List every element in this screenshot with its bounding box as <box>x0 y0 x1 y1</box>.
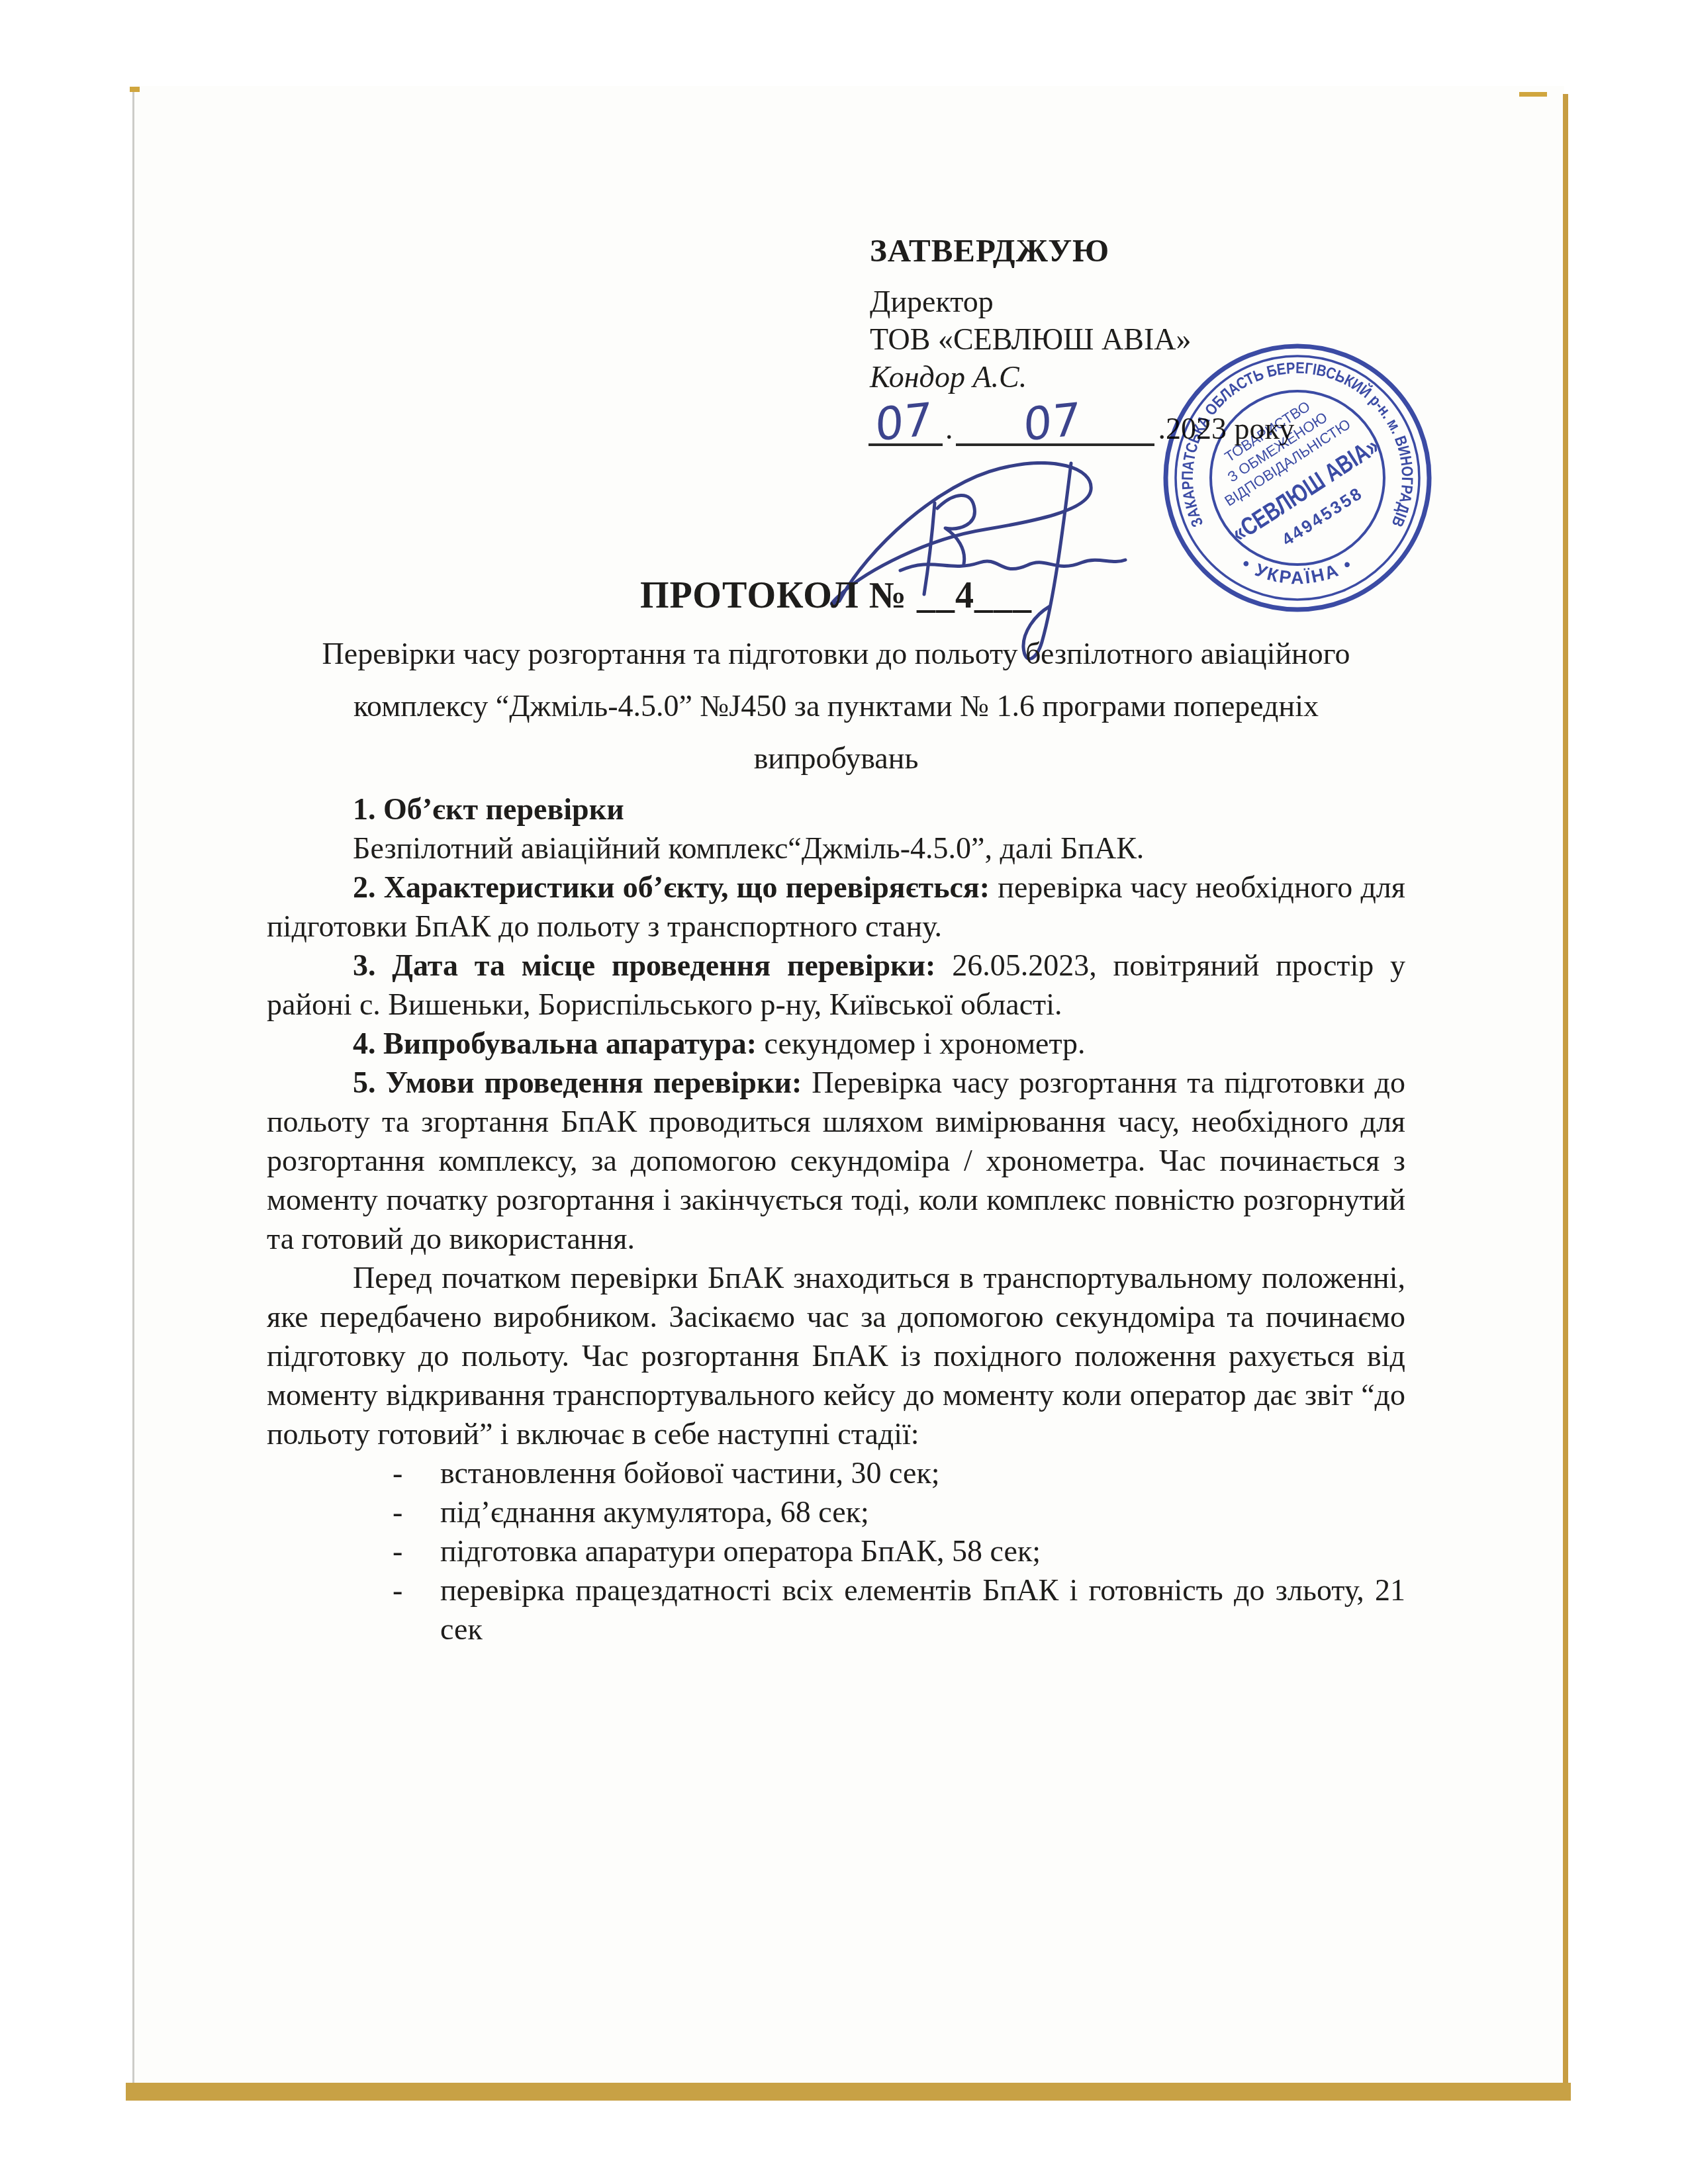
page-edge-left <box>132 91 134 2098</box>
list-item: -встановлення бойової частини, 30 сек; <box>393 1453 1405 1492</box>
paragraph-heading: 4. Випробувальна апаратура: <box>353 1026 765 1060</box>
approval-heading: ЗАТВЕРДЖУЮ <box>870 232 1191 269</box>
body-paragraph: 5. Умови проведення перевірки: Перевірка… <box>267 1063 1405 1258</box>
bullet-dash: - <box>393 1570 402 1610</box>
signature-strike <box>900 560 1125 570</box>
bullet-dash: - <box>393 1453 402 1492</box>
paragraph-heading: 2. Характеристики об’єкту, що перевіряєт… <box>353 870 998 904</box>
bullet-dash: - <box>393 1492 402 1531</box>
body-paragraph: Безпілотний авіаційний комплекс“Джміль-4… <box>267 829 1405 868</box>
list-item-text: встановлення бойової частини, 30 сек; <box>440 1456 940 1490</box>
document-body: 1. Об’єкт перевірки Безпілотний авіаційн… <box>267 790 1405 1649</box>
body-paragraph: 2. Характеристики об’єкту, що перевіряєт… <box>267 868 1405 946</box>
body-paragraph: 3. Дата та місце проведення перевірки: 2… <box>267 946 1405 1024</box>
subtitle-line: Перевірки часу розгортання та підготовки… <box>267 627 1405 680</box>
paragraph-heading: 1. Об’єкт перевірки <box>353 792 624 826</box>
approval-block: ЗАТВЕРДЖУЮ Директор ТОВ «СЕВЛЮШ АВІА» Ко… <box>870 232 1191 396</box>
page-edge-right <box>1563 94 1568 2098</box>
list-item: -підготовка апаратури оператора БпАК, 58… <box>393 1531 1405 1570</box>
subtitle-line: комплексу “Джміль-4.5.0” №J450 за пункта… <box>267 680 1405 732</box>
body-paragraph: 4. Випробувальна апаратура: секундомер і… <box>267 1024 1405 1063</box>
list-item-text: перевірка працездатності всіх елементів … <box>440 1573 1405 1646</box>
approval-company: ТОВ «СЕВЛЮШ АВІА» <box>870 320 1191 358</box>
paragraph-heading: 5. Умови проведення перевірки: <box>353 1066 812 1099</box>
scanned-document-page: ЗАТВЕРДЖУЮ Директор ТОВ «СЕВЛЮШ АВІА» Ко… <box>0 0 1688 2184</box>
page-corner-mark-topleft <box>130 87 140 92</box>
protocol-title: ПРОТОКОЛ № __4___ <box>267 574 1405 617</box>
paragraph-text: секундомер і хронометр. <box>765 1026 1086 1060</box>
paragraph-text: Безпілотний авіаційний комплекс“Джміль-4… <box>353 831 1144 865</box>
protocol-subtitle: Перевірки часу розгортання та підготовки… <box>267 627 1405 784</box>
approval-name: Кондор А.С. <box>870 358 1191 396</box>
subtitle-line: випробувань <box>267 732 1405 784</box>
paragraph-text: Перед початком перевірки БпАК знаходитьс… <box>267 1261 1405 1451</box>
page-edge-bottom <box>126 2083 1571 2101</box>
list-item: -під’єднання акумулятора, 68 сек; <box>393 1492 1405 1531</box>
paragraph-heading: 3. Дата та місце проведення перевірки: <box>353 948 952 982</box>
bullet-dash: - <box>393 1531 402 1570</box>
stamp-middle-ring <box>1176 356 1419 600</box>
body-paragraph: 1. Об’єкт перевірки <box>267 790 1405 829</box>
approval-role: Директор <box>870 283 1191 320</box>
page-corner-mark-topright <box>1519 92 1547 97</box>
bullet-list: -встановлення бойової частини, 30 сек; -… <box>393 1453 1405 1649</box>
body-paragraph: Перед початком перевірки БпАК знаходитьс… <box>267 1258 1405 1453</box>
list-item: -перевірка працездатності всіх елементів… <box>393 1570 1405 1649</box>
list-item-text: підготовка апаратури оператора БпАК, 58 … <box>440 1534 1041 1568</box>
list-item-text: під’єднання акумулятора, 68 сек; <box>440 1495 869 1529</box>
